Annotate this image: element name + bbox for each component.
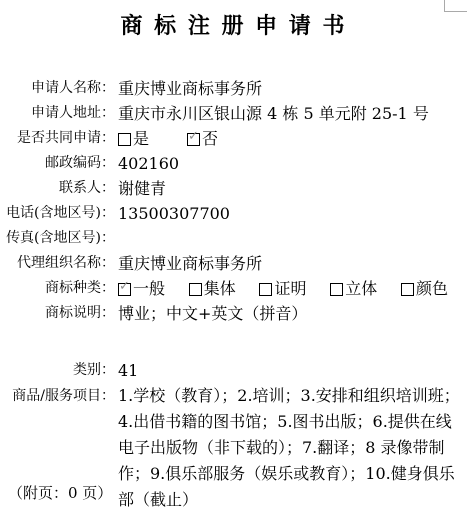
postal-code-value: 402160 [118, 151, 179, 176]
checkbox-color[interactable]: ✓ [401, 283, 414, 296]
field-phone: 电话(含地区号)： 13500307700 [0, 201, 467, 226]
checkbox-yes[interactable]: ✓ [118, 133, 131, 146]
attachment-note: （附页：0 页） [8, 483, 112, 504]
joint-option-yes: ✓ 是 [118, 126, 149, 151]
joint-application-options: ✓ 是 ✓ 否 [118, 126, 218, 151]
applicant-address-label: 申请人地址： [0, 101, 115, 126]
checkbox-general-label: 一般 [133, 276, 165, 301]
joint-application-label: 是否共同申请： [0, 126, 115, 151]
phone-label: 电话(含地区号)： [0, 201, 115, 226]
checkbox-general[interactable]: ✓ [118, 283, 131, 296]
trademark-description-value: 博业；中文+英文（拼音） [118, 301, 307, 326]
field-fax: 传真(含地区号)： [0, 226, 467, 251]
field-joint-application: 是否共同申请： ✓ 是 ✓ 否 [0, 126, 467, 151]
field-applicant-address: 申请人地址： 重庆市永川区银山源 4 栋 5 单元附 25-1 号 [0, 101, 467, 126]
application-form: 申请人名称： 重庆博业商标事务所 申请人地址： 重庆市永川区银山源 4 栋 5 … [0, 76, 467, 510]
contact-person-value: 谢健青 [118, 176, 166, 201]
page-title: 商 标 注 册 申 请 书 [0, 0, 467, 39]
check-icon: ✓ [188, 130, 199, 143]
trademark-type-label: 商标种类： [0, 276, 115, 301]
type-option-3d: ✓ 立体 [330, 276, 377, 301]
agency-name-value: 重庆博业商标事务所 [118, 251, 262, 276]
checkbox-no[interactable]: ✓ [187, 133, 200, 146]
type-option-color: ✓ 颜色 [401, 276, 448, 301]
applicant-address-value: 重庆市永川区银山源 4 栋 5 单元附 25-1 号 [118, 101, 429, 126]
checkbox-yes-label: 是 [133, 126, 149, 151]
joint-option-no: ✓ 否 [187, 126, 218, 151]
agency-name-label: 代理组织名称： [0, 251, 115, 276]
category-label: 类别： [0, 358, 115, 383]
checkbox-3d-label: 立体 [345, 276, 377, 301]
checkbox-certification-label: 证明 [274, 276, 306, 301]
trademark-description-label: 商标说明： [0, 301, 115, 326]
trademark-type-options: ✓ 一般 ✓ 集体 ✓ 证明 ✓ 立体 ✓ 颜色 [118, 276, 448, 301]
field-trademark-description: 商标说明： 博业；中文+英文（拼音） [0, 301, 467, 326]
checkbox-collective[interactable]: ✓ [189, 283, 202, 296]
checkbox-no-label: 否 [202, 126, 218, 151]
checkbox-collective-label: 集体 [204, 276, 236, 301]
checkbox-color-label: 颜色 [416, 276, 448, 301]
fax-label: 传真(含地区号)： [0, 226, 115, 251]
document-page: 商 标 注 册 申 请 书 申请人名称： 重庆博业商标事务所 申请人地址： 重庆… [0, 0, 467, 510]
type-option-certification: ✓ 证明 [259, 276, 306, 301]
page-corner-mark [444, 0, 467, 12]
goods-services-value: 1.学校（教育）；2.培训；3.安排和组织培训班；4.出借书籍的图书馆；5.图书… [118, 383, 467, 510]
postal-code-label: 邮政编码： [0, 151, 115, 176]
type-option-general: ✓ 一般 [118, 276, 165, 301]
contact-person-label: 联系人： [0, 176, 115, 201]
phone-value: 13500307700 [118, 201, 230, 226]
category-value: 41 [118, 358, 138, 383]
applicant-name-label: 申请人名称： [0, 76, 115, 101]
check-icon: ✓ [119, 280, 130, 293]
goods-services-label: 商品/服务项目： [0, 383, 115, 409]
field-agency-name: 代理组织名称： 重庆博业商标事务所 [0, 251, 467, 276]
applicant-name-value: 重庆博业商标事务所 [118, 76, 262, 101]
field-postal-code: 邮政编码： 402160 [0, 151, 467, 176]
checkbox-3d[interactable]: ✓ [330, 283, 343, 296]
field-contact-person: 联系人： 谢健青 [0, 176, 467, 201]
field-trademark-type: 商标种类： ✓ 一般 ✓ 集体 ✓ 证明 ✓ 立体 [0, 276, 467, 301]
type-option-collective: ✓ 集体 [189, 276, 236, 301]
field-applicant-name: 申请人名称： 重庆博业商标事务所 [0, 76, 467, 101]
field-category: 类别： 41 [0, 358, 467, 383]
checkbox-certification[interactable]: ✓ [259, 283, 272, 296]
